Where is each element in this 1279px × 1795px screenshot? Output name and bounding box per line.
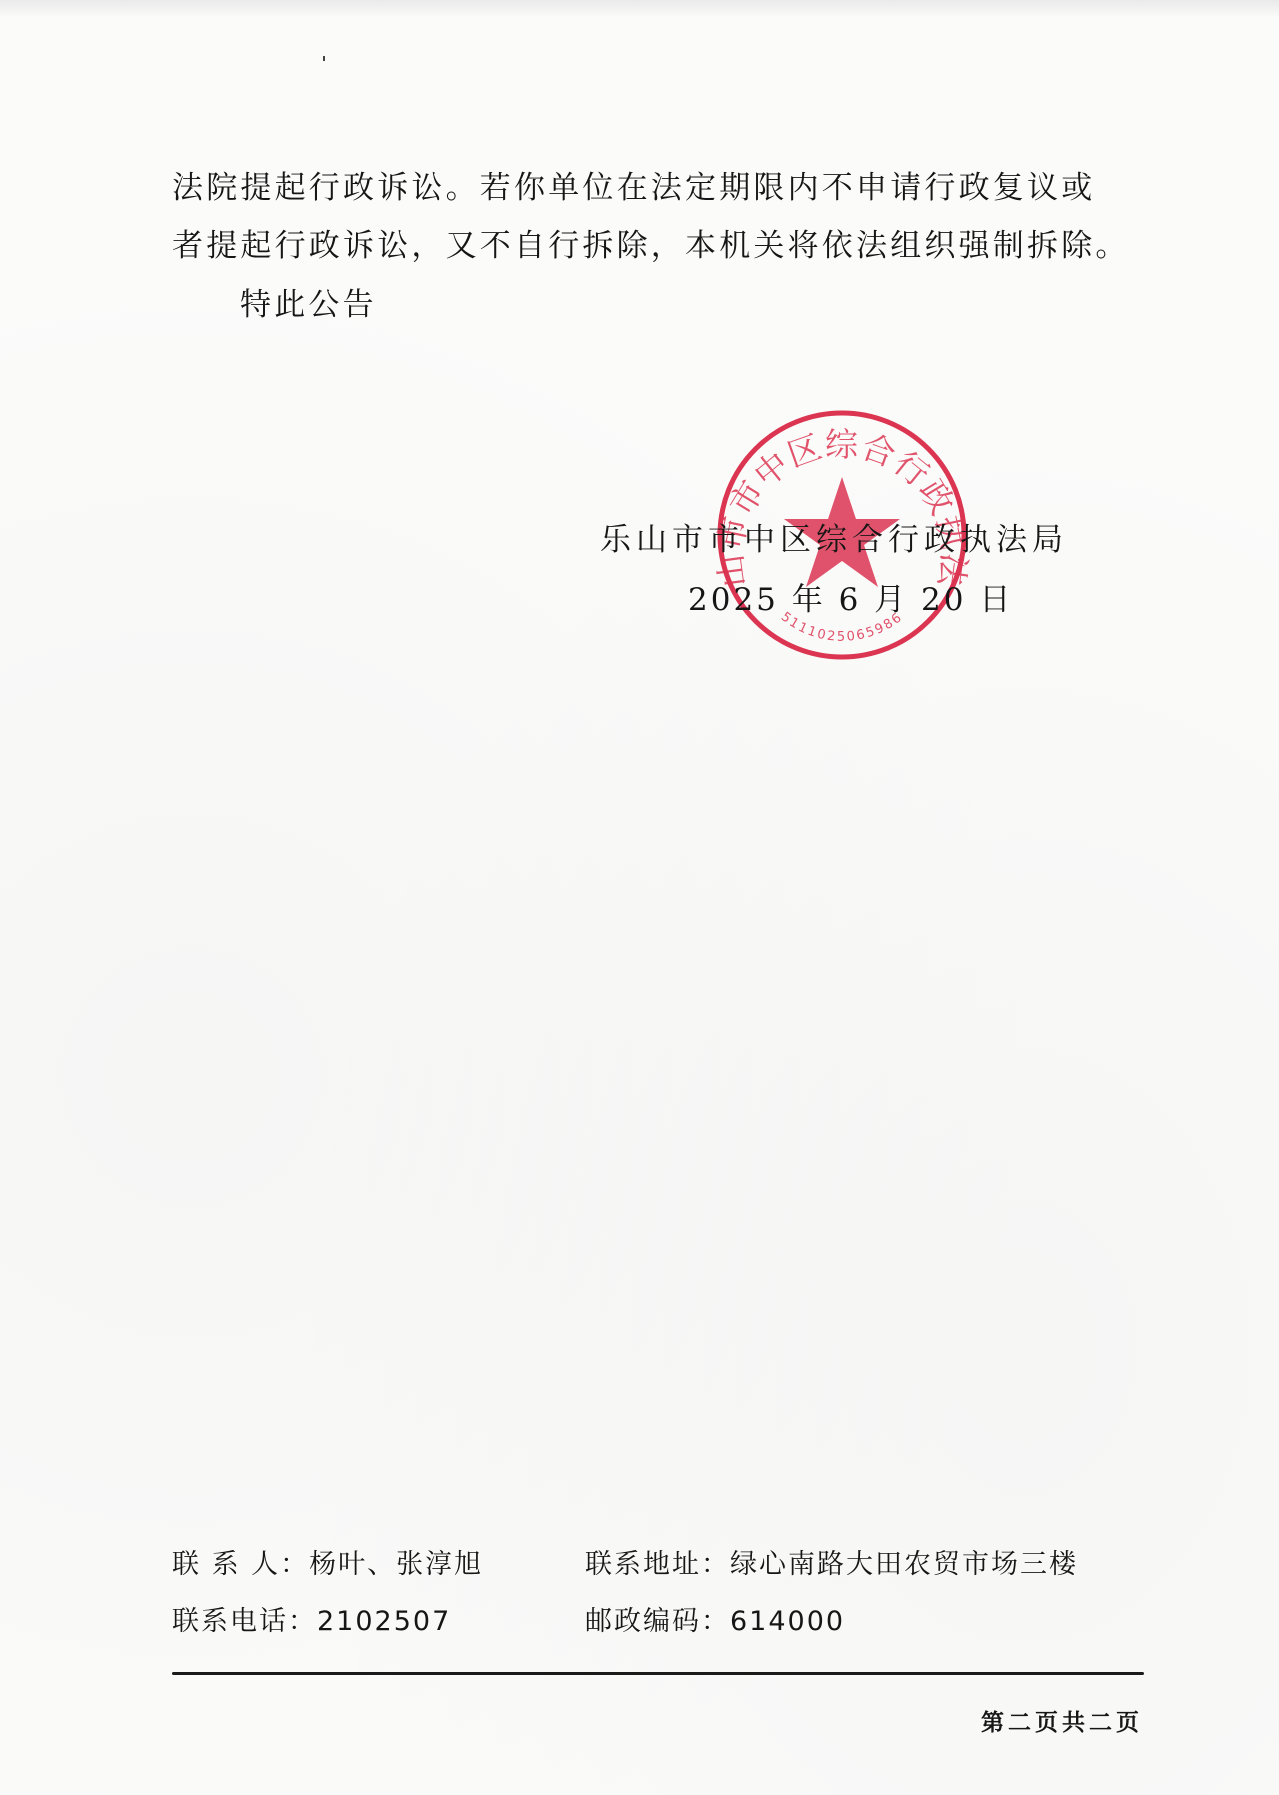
contact-phone: 联系电话：2102507 (172, 1604, 451, 1640)
contact-person-value: 杨叶、张淳旭 (309, 1549, 483, 1580)
contact-postcode-label: 邮政编码： (585, 1606, 730, 1637)
contact-postcode-value: 614000 (730, 1606, 845, 1637)
contact-person: 联 系 人：杨叶、张淳旭 (172, 1547, 483, 1583)
body-text-line: 法院提起行政诉讼。若你单位在法定期限内不申请行政复议或 (172, 168, 1095, 208)
page-indicator: 第二页共二页 (981, 1704, 1143, 1737)
contact-address: 联系地址：绿心南路大田农贸市场三楼 (585, 1547, 1078, 1583)
issuing-organization: 乐山市市中区综合行政执法局 (600, 520, 1068, 560)
contact-address-value: 绿心南路大田农贸市场三楼 (730, 1549, 1078, 1580)
body-text-line: 者提起行政诉讼，又不自行拆除，本机关将依法组织强制拆除。 (172, 226, 1130, 266)
issue-date: 2025 年 6 月 20 日 (688, 580, 1013, 620)
contact-postcode: 邮政编码：614000 (585, 1604, 845, 1640)
contact-address-label: 联系地址： (585, 1549, 730, 1580)
contact-person-label: 联 系 人： (172, 1549, 309, 1580)
contact-phone-value: 2102507 (317, 1606, 451, 1637)
closing-phrase: 特此公告 (240, 285, 377, 325)
footer-divider (172, 1672, 1144, 1675)
paper-background (0, 0, 1279, 1795)
contact-phone-label: 联系电话： (172, 1606, 317, 1637)
scan-speck (323, 56, 325, 61)
